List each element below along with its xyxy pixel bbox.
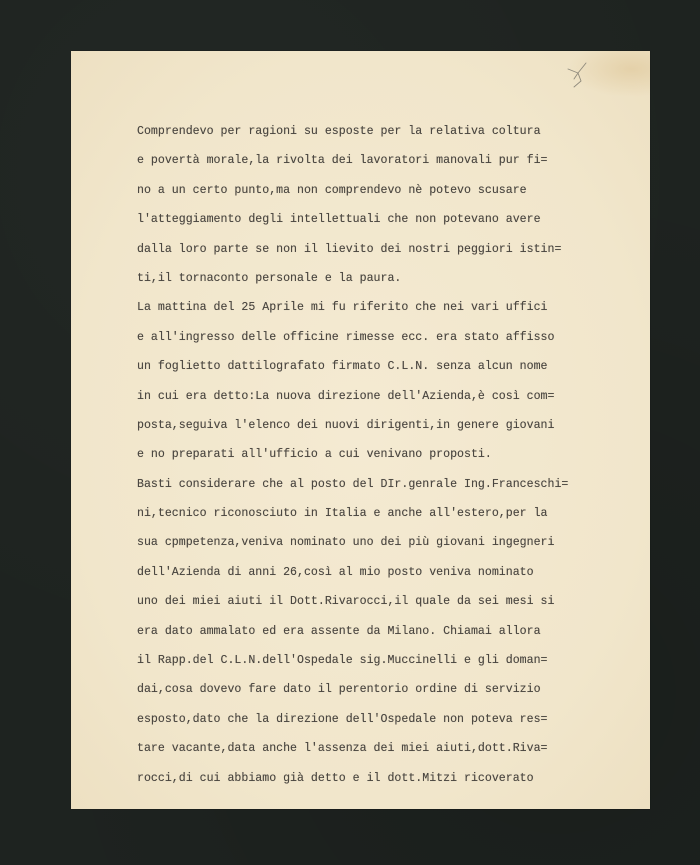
text-line: posta,seguiva l'elenco dei nuovi dirigen… [137,415,568,444]
text-line: La mattina del 25 Aprile mi fu riferito … [137,297,568,326]
text-line: dalla loro parte se non il lievito dei n… [137,239,568,268]
text-line: rocci,di cui abbiamo già detto e il dott… [137,768,568,797]
handwritten-page-number [564,59,590,89]
text-line: ni,tecnico riconosciuto in Italia e anch… [137,503,568,532]
text-line: e all'ingresso delle officine rimesse ec… [137,327,568,356]
text-line: un foglietto dattilografato firmato C.L.… [137,356,568,385]
text-line: dell'Azienda di anni 26,così al mio post… [137,562,568,591]
body-text: Comprendevo per ragioni su esposte per l… [137,121,568,797]
text-line: sua cpmpetenza,veniva nominato uno dei p… [137,532,568,561]
text-line: no a un certo punto,ma non comprendevo n… [137,180,568,209]
text-line: era dato ammalato ed era assente da Mila… [137,621,568,650]
text-line: esposto,dato che la direzione dell'Osped… [137,709,568,738]
text-line: uno dei miei aiuti il Dott.Rivarocci,il … [137,591,568,620]
text-line: tare vacante,data anche l'assenza dei mi… [137,738,568,767]
text-line: il Rapp.del C.L.N.dell'Ospedale sig.Mucc… [137,650,568,679]
text-line: l'atteggiamento degli intellettuali che … [137,209,568,238]
typewritten-page: Comprendevo per ragioni su esposte per l… [71,51,650,809]
text-line: dai,cosa dovevo fare dato il perentorio … [137,679,568,708]
text-line: ti,il tornaconto personale e la paura. [137,268,568,297]
text-line: e no preparati all'ufficio a cui venivan… [137,444,568,473]
text-line: Comprendevo per ragioni su esposte per l… [137,121,568,150]
text-line: e povertà morale,la rivolta dei lavorato… [137,150,568,179]
text-line: Basti considerare che al posto del DIr.g… [137,474,568,503]
text-line: in cui era detto:La nuova direzione dell… [137,386,568,415]
